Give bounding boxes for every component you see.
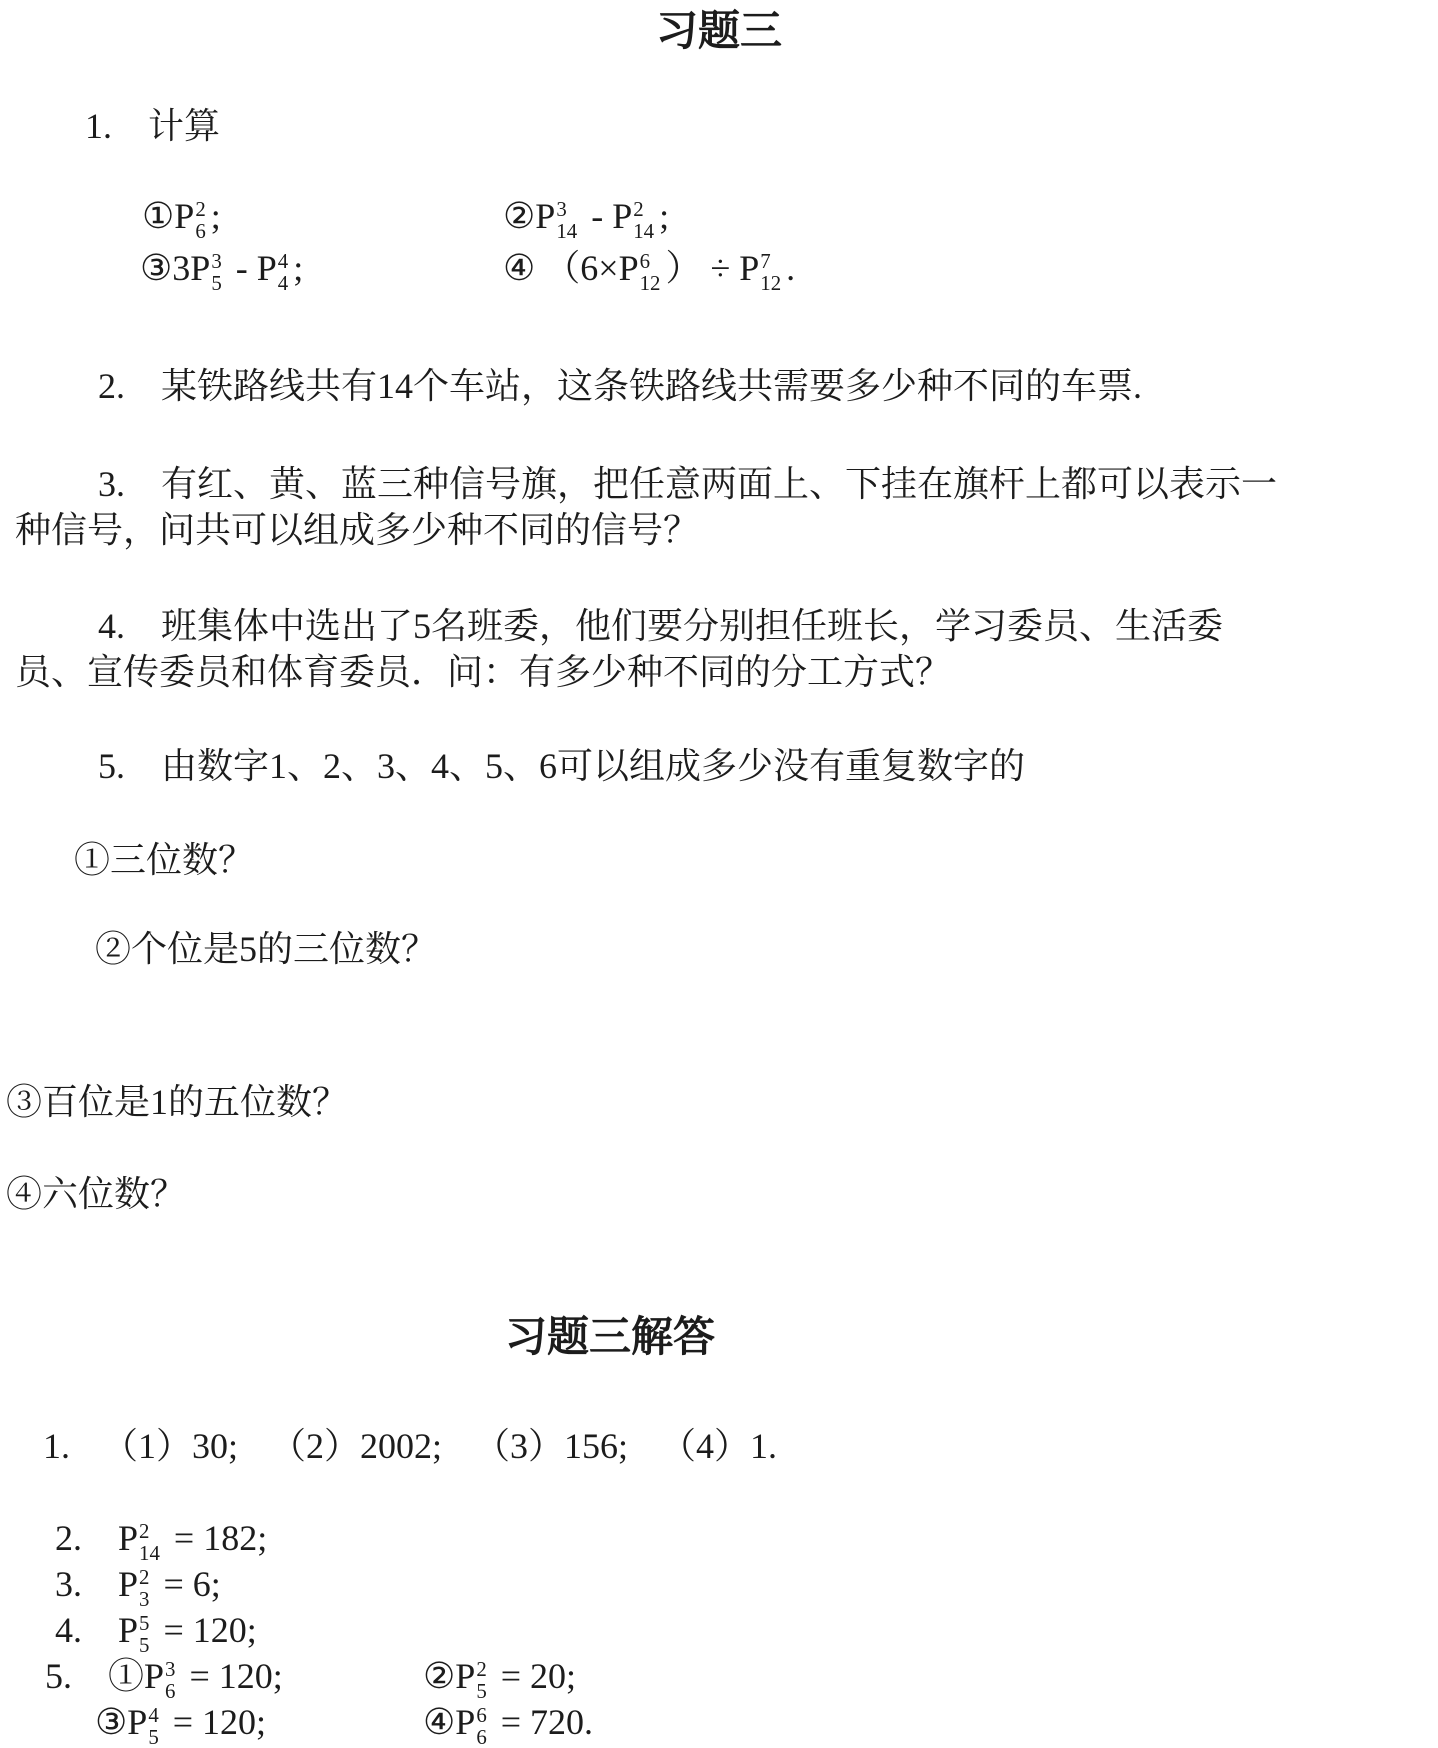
- problem-3-line-1: 3. 有红、黄、蓝三种信号旗，把任意两面上、下挂在旗杆上都可以表示一: [98, 462, 1277, 507]
- answer-5-part-4: ④P66 = 720.: [423, 1700, 593, 1747]
- answer-5-part-3: ③P45 = 120;: [95, 1700, 266, 1747]
- problem-5-sub-2: ②个位是5的三位数？: [95, 927, 437, 972]
- problem-3-line-2: 种信号，问共可以组成多少种不同的信号？: [15, 508, 699, 553]
- scanned-worksheet-page: 习题三 1. 计算 ①P26; ②P314 - P214; ③3P35 - P4…: [0, 0, 1438, 1748]
- problem-5: 5. 由数字1、2、3、4、5、6可以组成多少没有重复数字的: [98, 744, 1025, 789]
- formula-3: ③3P35 - P44;: [140, 246, 303, 293]
- formula-1: ①P26;: [142, 194, 221, 241]
- answer-3: 3. P23 = 6;: [55, 1562, 221, 1609]
- problem-4-line-1: 4. 班集体中选出了5名班委，他们要分别担任班长，学习委员、生活委: [98, 604, 1223, 649]
- answer-2: 2. P214 = 182;: [55, 1516, 267, 1563]
- problem-4-line-2: 员、宣传委员和体育委员．问：有多少种不同的分工方式？: [15, 650, 951, 695]
- answer-1: 1. （1）30; （2）2002; （3）156; （4）1.: [43, 1424, 777, 1469]
- problem-5-sub-1: ①三位数？: [74, 838, 254, 883]
- problem-5-sub-3: ③百位是1的五位数？: [6, 1080, 348, 1125]
- formula-4: ④ （6×P612） ÷ P712.: [503, 246, 795, 293]
- problem-1-heading: 1. 计算: [85, 104, 220, 149]
- answer-5-part-2: ②P25 = 20;: [423, 1654, 576, 1701]
- problem-2: 2. 某铁路线共有14个车站，这条铁路线共需要多少种不同的车票.: [98, 364, 1142, 409]
- problem-5-sub-4: ④六位数？: [6, 1172, 186, 1217]
- answer-1-part-4: （4）1.: [660, 1424, 777, 1469]
- answer-1-number: 1.: [43, 1424, 70, 1469]
- answer-5-part-1: 5. ①P36 = 120;: [45, 1654, 283, 1701]
- answer-1-part-1: （1）30;: [102, 1424, 238, 1469]
- exercise-title: 习题三: [0, 8, 1438, 56]
- formula-2: ②P314 - P214;: [503, 194, 669, 241]
- answer-4: 4. P55 = 120;: [55, 1608, 257, 1655]
- answers-title: 习题三解答: [0, 1314, 1220, 1362]
- answer-1-part-3: （3）156;: [474, 1424, 628, 1469]
- answer-1-part-2: （2）2002;: [270, 1424, 442, 1469]
